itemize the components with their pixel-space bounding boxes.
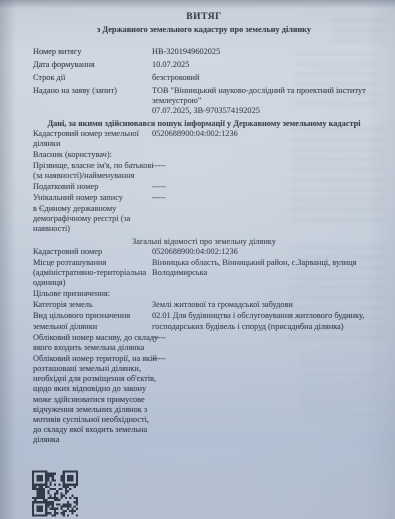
field-row: Місце розташування (адміністративно-тери… [33,258,375,289]
field-row: Дата формування 10.07.2025 [33,60,375,70]
field-row: Цільове призначення: [33,289,375,299]
qr-code-icon [32,470,78,517]
field-label: Власник (користувач): [33,150,152,160]
field-label: Обліковий номер території, на якій розта… [33,354,152,446]
field-row: Кадастровий номер 0520688900:04:002:1236 [33,247,375,257]
request-info-section: Номер витягу НВ-3201949602025 Дата форму… [33,47,375,116]
document-title: ВИТЯГ [33,12,375,23]
field-value: безстроковий [152,73,199,83]
field-value: 0520688900:04:002:1236 [152,247,238,257]
field-label: Місце розташування (адміністративно-тери… [33,258,152,289]
document-page: ВИТЯГ з Державного земельного кадастру п… [0,0,395,519]
field-value: ----- [152,161,166,181]
field-value: 0520688900:04:002:1236 [152,129,238,149]
search-section-heading: Дані, за якими здійснювався пошук інформ… [33,119,375,129]
field-label: Кадастровий номер земельної ділянки [33,129,152,149]
field-row: Строк дії безстроковий [33,73,375,83]
field-value: Вінницька область, Вінницький район, с.З… [152,258,356,289]
field-value: 02.01 Для будівництва і обслуговування ж… [152,311,364,331]
field-label: Кадастровий номер [33,247,152,257]
field-row: Прізвище, власне ім'я, по батькові (за н… [33,161,375,181]
general-section: Кадастровий номер 0520688900:04:002:1236… [33,247,375,446]
field-value: ----- [152,354,166,446]
field-row: Кадастровий номер земельної ділянки 0520… [33,129,375,149]
field-label: Надано на заяву (запит) [33,86,152,117]
field-label: Строк дії [33,73,152,83]
general-section-heading: Загальні відомості про земельну ділянку [33,237,375,247]
field-row: Вид цільового призначення земельної діля… [33,311,375,331]
field-label: Дата формування [33,60,152,70]
field-value: НВ-3201949602025 [152,47,220,57]
field-label: Прізвище, власне ім'я, по батькові (за н… [33,161,152,181]
field-row: Податковий номер ----- [33,182,375,192]
field-label: Цільове призначення: [33,289,152,299]
document-subtitle: з Державного земельного кадастру про зем… [33,25,375,35]
field-label: Номер витягу [33,47,152,57]
search-section: Кадастровий номер земельної ділянки 0520… [33,129,375,234]
field-value: ----- [152,333,166,353]
field-value: Землі житлової та громадської забудови [152,300,293,310]
field-row: Надано на заяву (запит) ТОВ "Вінницький … [33,86,375,117]
field-row: Категорія земель Землі житлової та грома… [33,300,375,310]
field-label: Обліковий номер масиву, до складу якого … [33,333,152,353]
field-value: ----- [152,182,166,192]
field-row: Обліковий номер масиву, до складу якого … [33,333,375,353]
field-row: Обліковий номер території, на якій розта… [33,354,375,446]
field-label: Унікальний номер запису в Єдиному держав… [33,193,152,234]
field-value: ТОВ "Вінницький науково-дослідний та про… [152,86,366,117]
field-value: 10.07.2025 [152,60,189,70]
field-row: Власник (користувач): [33,150,375,160]
field-label: Категорія земель [33,300,152,310]
field-label: Вид цільового призначення земельної діля… [33,311,152,331]
document-content: ВИТЯГ з Державного земельного кадастру п… [33,12,375,446]
field-row: Унікальний номер запису в Єдиному держав… [33,193,375,234]
field-label: Податковий номер [33,182,152,192]
field-row: Номер витягу НВ-3201949602025 [33,47,375,57]
field-value: ----- [152,193,166,234]
